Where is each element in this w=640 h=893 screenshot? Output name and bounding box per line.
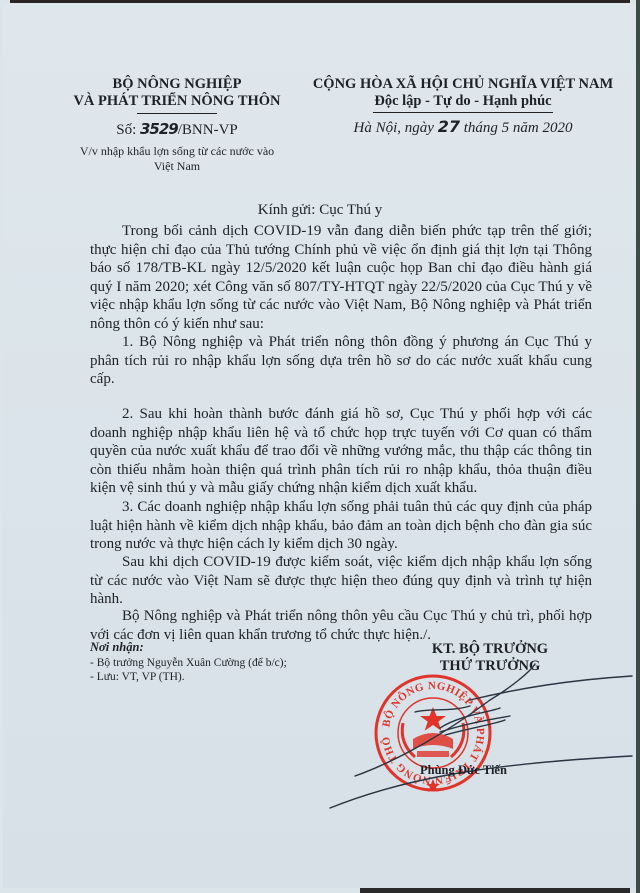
national-header-block: CỘNG HÒA XÃ HỘI CHỦ NGHĨA VIỆT NAM Độc l… (298, 76, 628, 137)
body-paragraph-after-covid: Sau khi dịch COVID-19 được kiểm soát, vi… (90, 553, 592, 609)
subject-line-2: Việt Nam (62, 159, 292, 174)
recipients-title: Nơi nhận: (90, 640, 287, 654)
motto-underline (373, 112, 553, 113)
paragraph-text: Bộ Nông nghiệp và Phát triển nông thôn y… (90, 607, 592, 644)
page-edge-bottom (360, 888, 630, 893)
nation-title: CỘNG HÒA XÃ HỘI CHỦ NGHĨA VIỆT NAM (298, 76, 628, 93)
paragraph-text: Sau khi dịch COVID-19 được kiểm soát, vi… (90, 553, 592, 609)
date-prefix: Hà Nội, ngày (354, 120, 438, 136)
body-paragraph-item-1: 1. Bộ Nông nghiệp và Phát triển nông thô… (90, 333, 592, 389)
subject-line-1: V/v nhập khẩu lợn sống từ các nước vào (62, 144, 292, 159)
paragraph-text: Trong bối cảnh dịch COVID-19 vẫn đang di… (90, 222, 592, 334)
body-paragraph-item-2: 2. Sau khi hoàn thành bước đánh giá hồ s… (90, 405, 592, 498)
paragraph-text: 2. Sau khi hoàn thành bước đánh giá hồ s… (90, 405, 592, 498)
body-paragraph-intro: Trong bối cảnh dịch COVID-19 vẫn đang di… (90, 222, 592, 334)
paragraph-text: 1. Bộ Nông nghiệp và Phát triển nông thô… (90, 333, 592, 389)
subject-line: V/v nhập khẩu lợn sống từ các nước vào V… (62, 144, 292, 174)
recipients-block: Nơi nhận: - Bộ trưởng Nguyễn Xuân Cường … (90, 640, 287, 684)
document-number: Số: 3529/BNN-VP (62, 120, 292, 139)
recipient-item: - Lưu: VT, VP (TH). (90, 670, 287, 684)
recipient-item: - Bộ trưởng Nguyễn Xuân Cường (để b/c); (90, 656, 287, 670)
signer-name: Phùng Đức Tiến (420, 763, 507, 778)
doc-number-suffix: /BNN-VP (178, 122, 238, 138)
signature-line-1: KT. BỘ TRƯỞNG (400, 641, 580, 658)
agency-name-line1: BỘ NÔNG NGHIỆP (62, 76, 292, 93)
body-paragraph-closing: Bộ Nông nghiệp và Phát triển nông thôn y… (90, 607, 592, 644)
page-edge-right (636, 0, 640, 893)
signature-title-block: KT. BỘ TRƯỞNG THỨ TRƯỞNG (400, 641, 580, 675)
page-edge-top (10, 0, 630, 3)
agency-underline (137, 113, 217, 114)
national-motto: Độc lập - Tự do - Hạnh phúc (298, 93, 628, 110)
date-suffix: tháng 5 năm 2020 (460, 120, 573, 136)
doc-number-prefix: Số: (116, 122, 140, 138)
agency-name-line2: VÀ PHÁT TRIỂN NÔNG THÔN (62, 93, 292, 110)
date-day-handwritten: 27 (438, 117, 460, 136)
paragraph-text: 3. Các doanh nghiệp nhập khẩu lợn sống p… (90, 498, 592, 554)
body-paragraph-item-3: 3. Các doanh nghiệp nhập khẩu lợn sống p… (90, 498, 592, 554)
issuing-agency-block: BỘ NÔNG NGHIỆP VÀ PHÁT TRIỂN NÔNG THÔN S… (62, 76, 292, 174)
document-date: Hà Nội, ngày 27 tháng 5 năm 2020 (298, 117, 628, 137)
doc-number-handwritten: 3529 (140, 120, 178, 138)
salutation: Kính gửi: Cục Thú y (0, 202, 640, 219)
